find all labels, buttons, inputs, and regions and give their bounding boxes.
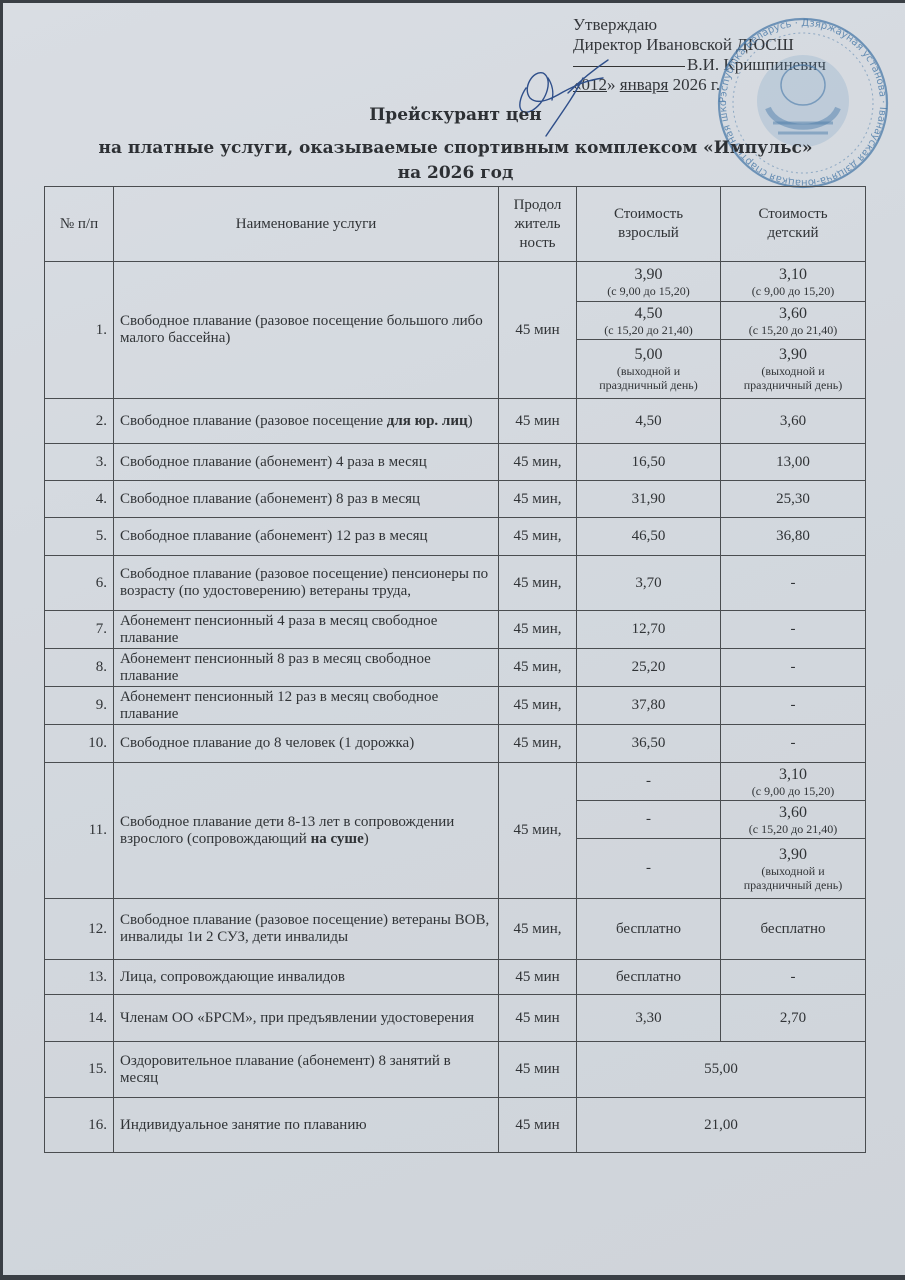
approval-block: Утверждаю Директор Ивановской ДЮСШ В.И. … xyxy=(573,15,893,95)
child-price: - xyxy=(721,960,866,995)
child-price: 2,70 xyxy=(721,995,866,1042)
table-row: 4. Свободное плавание (абонемент) 8 раз … xyxy=(45,481,866,518)
approver-position: Директор Ивановской ДЮСШ xyxy=(573,35,893,55)
service-name: Свободное плавание (абонемент) 8 раз в м… xyxy=(114,481,499,518)
child-price: - xyxy=(721,687,866,725)
adult-price: 3,70 xyxy=(577,556,721,611)
service-name: Членам ОО «БРСМ», при предъявлении удост… xyxy=(114,995,499,1042)
child-price: 3,60(с 15,20 до 21,40) xyxy=(721,801,866,839)
adult-price: - xyxy=(577,839,721,899)
adult-price: 12,70 xyxy=(577,611,721,649)
table-row: 14. Членам ОО «БРСМ», при предъявлении у… xyxy=(45,995,866,1042)
header-adult-price: Стоимость взрослый xyxy=(577,187,721,262)
service-name: Свободное плавание (разовое посещение дл… xyxy=(114,399,499,444)
service-name: Абонемент пенсионный 12 раз в месяц своб… xyxy=(114,687,499,725)
table-row: 16. Индивидуальное занятие по плаванию 4… xyxy=(45,1098,866,1153)
approval-day: 012 xyxy=(582,75,608,94)
header-num: № п/п xyxy=(45,187,114,262)
adult-price: 4,50(с 15,20 до 21,40) xyxy=(577,302,721,340)
service-duration: 45 мин xyxy=(499,1098,577,1153)
row-num: 9. xyxy=(45,687,114,725)
child-price: 3,90(выходной и праздничный день) xyxy=(721,340,866,399)
row-num: 5. xyxy=(45,518,114,556)
child-price: 3,90(выходной и праздничный день) xyxy=(721,839,866,899)
adult-price: бесплатно xyxy=(577,899,721,960)
child-price: - xyxy=(721,611,866,649)
table-row: 12. Свободное плавание (разовое посещени… xyxy=(45,899,866,960)
combined-price: 21,00 xyxy=(577,1098,866,1153)
document-subtitle: на платные услуги, оказываемые спортивны… xyxy=(3,138,905,158)
child-price: 3,60 xyxy=(721,399,866,444)
service-duration: 45 мин xyxy=(499,1042,577,1098)
service-name: Свободное плавание (абонемент) 4 раза в … xyxy=(114,444,499,481)
row-num: 3. xyxy=(45,444,114,481)
service-duration: 45 мин, xyxy=(499,556,577,611)
service-name: Свободное плавание (разовое посещение бо… xyxy=(114,262,499,399)
adult-price: 25,20 xyxy=(577,649,721,687)
approver-name: В.И. Кришпиневич xyxy=(687,55,826,74)
table-row: 15. Оздоровительное плавание (абонемент)… xyxy=(45,1042,866,1098)
adult-price: 31,90 xyxy=(577,481,721,518)
service-name: Абонемент пенсионный 4 раза в месяц своб… xyxy=(114,611,499,649)
service-duration: 45 мин, xyxy=(499,725,577,763)
row-num: 6. xyxy=(45,556,114,611)
row-num: 1. xyxy=(45,262,114,399)
row-num: 8. xyxy=(45,649,114,687)
child-price: - xyxy=(721,649,866,687)
row-num: 2. xyxy=(45,399,114,444)
table-row: 7. Абонемент пенсионный 4 раза в месяц с… xyxy=(45,611,866,649)
service-duration: 45 мин, xyxy=(499,899,577,960)
adult-price: 4,50 xyxy=(577,399,721,444)
child-price: 3,10(с 9,00 до 15,20) xyxy=(721,262,866,302)
combined-price: 55,00 xyxy=(577,1042,866,1098)
service-duration: 45 мин xyxy=(499,399,577,444)
approval-date: «012» января 2026 г. xyxy=(573,75,893,95)
adult-price: 16,50 xyxy=(577,444,721,481)
table-row: 1. Свободное плавание (разовое посещение… xyxy=(45,262,866,302)
table-row: 2. Свободное плавание (разовое посещение… xyxy=(45,399,866,444)
child-price: 3,60(с 15,20 до 21,40) xyxy=(721,302,866,340)
service-duration: 45 мин xyxy=(499,960,577,995)
table-row: 13. Лица, сопровождающие инвалидов 45 ми… xyxy=(45,960,866,995)
document-year: на 2026 год xyxy=(3,163,905,183)
row-num: 11. xyxy=(45,763,114,899)
child-price: 25,30 xyxy=(721,481,866,518)
child-price: 3,10(с 9,00 до 15,20) xyxy=(721,763,866,801)
service-duration: 45 мин, xyxy=(499,611,577,649)
row-num: 13. xyxy=(45,960,114,995)
adult-price: 3,90(с 9,00 до 15,20) xyxy=(577,262,721,302)
adult-price: бесплатно xyxy=(577,960,721,995)
price-table: № п/п Наименование услуги Продол житель … xyxy=(44,186,866,1153)
document-page: Утверждаю Директор Ивановской ДЮСШ В.И. … xyxy=(3,3,905,1275)
service-duration: 45 мин, xyxy=(499,649,577,687)
row-num: 14. xyxy=(45,995,114,1042)
child-price: 36,80 xyxy=(721,518,866,556)
table-row: 6. Свободное плавание (разовое посещение… xyxy=(45,556,866,611)
row-num: 7. xyxy=(45,611,114,649)
child-price: бесплатно xyxy=(721,899,866,960)
row-num: 10. xyxy=(45,725,114,763)
child-price: - xyxy=(721,725,866,763)
row-num: 16. xyxy=(45,1098,114,1153)
approval-month: января xyxy=(620,75,669,94)
adult-price: 37,80 xyxy=(577,687,721,725)
approval-heading: Утверждаю xyxy=(573,15,893,35)
service-name: Индивидуальное занятие по плаванию xyxy=(114,1098,499,1153)
service-duration: 45 мин, xyxy=(499,687,577,725)
adult-price: 36,50 xyxy=(577,725,721,763)
adult-price: 5,00(выходной и праздничный день) xyxy=(577,340,721,399)
document-title: Прейскурант цен xyxy=(3,105,905,125)
header-duration: Продол житель ность xyxy=(499,187,577,262)
table-row: 5. Свободное плавание (абонемент) 12 раз… xyxy=(45,518,866,556)
adult-price: 46,50 xyxy=(577,518,721,556)
table-row: 9. Абонемент пенсионный 12 раз в месяц с… xyxy=(45,687,866,725)
child-price: - xyxy=(721,556,866,611)
service-duration: 45 мин, xyxy=(499,763,577,899)
service-duration: 45 мин, xyxy=(499,518,577,556)
child-price: 13,00 xyxy=(721,444,866,481)
service-name: Свободное плавание (разовое посещение) п… xyxy=(114,556,499,611)
signature-line: В.И. Кришпиневич xyxy=(573,55,893,75)
row-num: 12. xyxy=(45,899,114,960)
service-name: Свободное плавание (разовое посещение) в… xyxy=(114,899,499,960)
approval-year: 2026 г. xyxy=(673,75,721,94)
service-duration: 45 мин, xyxy=(499,444,577,481)
adult-price: - xyxy=(577,801,721,839)
table-row: 10. Свободное плавание до 8 человек (1 д… xyxy=(45,725,866,763)
service-duration: 45 мин, xyxy=(499,481,577,518)
signature-blank xyxy=(573,66,685,67)
service-name: Свободное плавание до 8 человек (1 дорож… xyxy=(114,725,499,763)
table-row: 8. Абонемент пенсионный 8 раз в месяц св… xyxy=(45,649,866,687)
adult-price: 3,30 xyxy=(577,995,721,1042)
table-row: 11. Свободное плавание дети 8-13 лет в с… xyxy=(45,763,866,801)
service-duration: 45 мин xyxy=(499,995,577,1042)
table-header-row: № п/п Наименование услуги Продол житель … xyxy=(45,187,866,262)
service-duration: 45 мин xyxy=(499,262,577,399)
adult-price: - xyxy=(577,763,721,801)
row-num: 4. xyxy=(45,481,114,518)
service-name: Лица, сопровождающие инвалидов xyxy=(114,960,499,995)
service-name: Оздоровительное плавание (абонемент) 8 з… xyxy=(114,1042,499,1098)
table-row: 3. Свободное плавание (абонемент) 4 раза… xyxy=(45,444,866,481)
service-name: Свободное плавание дети 8-13 лет в сопро… xyxy=(114,763,499,899)
header-name: Наименование услуги xyxy=(114,187,499,262)
service-name: Абонемент пенсионный 8 раз в месяц свобо… xyxy=(114,649,499,687)
service-name: Свободное плавание (абонемент) 12 раз в … xyxy=(114,518,499,556)
row-num: 15. xyxy=(45,1042,114,1098)
header-child-price: Стоимость детский xyxy=(721,187,866,262)
